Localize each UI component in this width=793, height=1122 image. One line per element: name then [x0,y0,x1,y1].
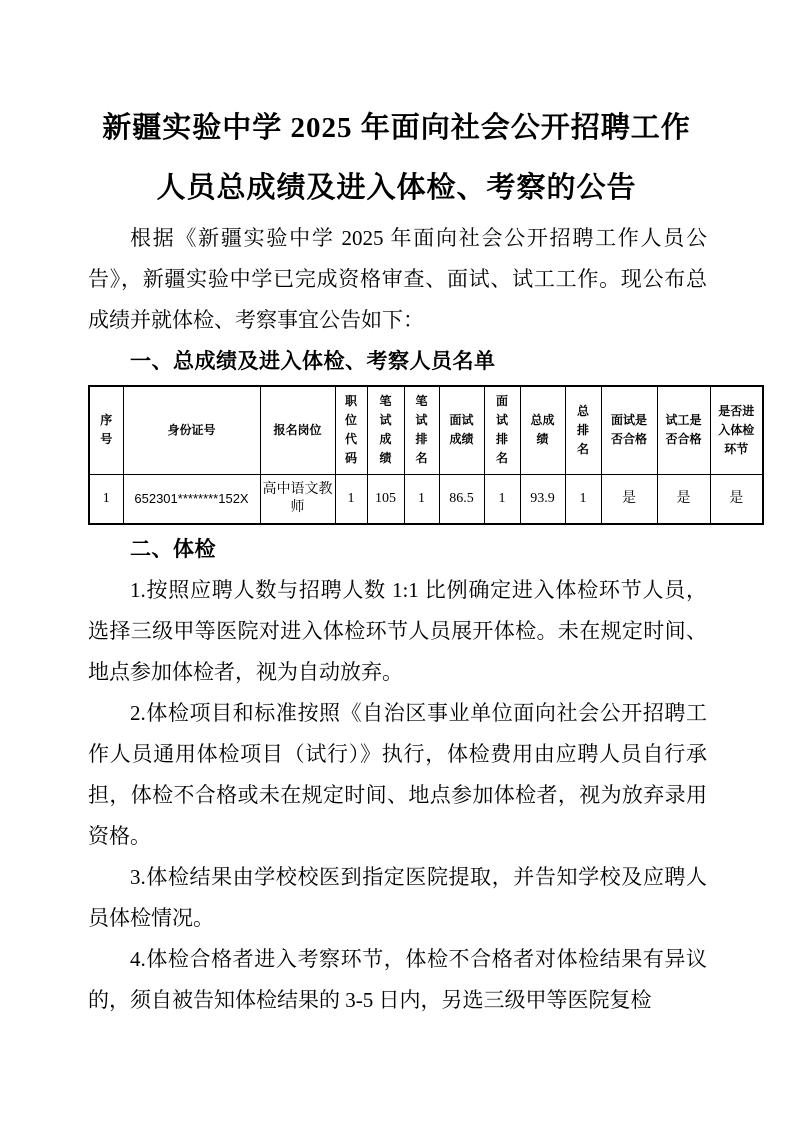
section-2-paragraph-4: 4.体检合格者进入考察环节，体检不合格者对体检结果有异议的，须自被告知体检结果的… [88,939,707,1021]
title-line-1: 新疆实验中学 2025 年面向社会公开招聘工作 [0,98,793,158]
header-cell-enter-physical: 是否进 入体检 环节 [710,386,763,474]
section-1-heading: 一、总成绩及进入体检、考察人员名单 [88,341,707,382]
cell-total-score: 93.9 [520,474,565,524]
cell-total-rank: 1 [565,474,601,524]
header-cell-interview-pass: 面试是 否合格 [601,386,657,474]
intro-paragraph: 根据《新疆实验中学 2025 年面向社会公开招聘工作人员公告》，新疆实验中学已完… [88,218,707,341]
table-header-row: 序 号 身份证号 报名岗位 职 位 代 码 笔 试 成 绩 笔 试 排 名 面试… [89,386,763,474]
header-cell-interview-rank: 面 试 排 名 [484,386,520,474]
document-body: 根据《新疆实验中学 2025 年面向社会公开招聘工作人员公告》，新疆实验中学已完… [88,218,707,1021]
table-row: 1 652301********152X 高中语文教师 1 105 1 86.5… [89,474,763,524]
header-cell-id: 身份证号 [123,386,260,474]
cell-seq: 1 [89,474,123,524]
header-cell-total-rank: 总 排 名 [565,386,601,474]
section-2-paragraph-2: 2.体检项目和标准按照《自治区事业单位面向社会公开招聘工作人员通用体检项目（试行… [88,693,707,857]
cell-written-score: 105 [367,474,404,524]
document-page: 新疆实验中学 2025 年面向社会公开招聘工作 人员总成绩及进入体检、考察的公告… [0,0,793,1122]
header-cell-written-score: 笔 试 成 绩 [367,386,404,474]
section-2-heading: 二、体检 [88,529,707,570]
results-table: 序 号 身份证号 报名岗位 职 位 代 码 笔 试 成 绩 笔 试 排 名 面试… [88,385,764,525]
header-cell-written-rank: 笔 试 排 名 [404,386,439,474]
header-cell-seq: 序 号 [89,386,123,474]
cell-enter-physical: 是 [710,474,763,524]
cell-position: 高中语文教师 [260,474,335,524]
cell-interview-score: 86.5 [439,474,484,524]
header-cell-interview-score: 面试 成绩 [439,386,484,474]
header-cell-position-code: 职 位 代 码 [335,386,367,474]
cell-written-rank: 1 [404,474,439,524]
cell-id: 652301********152X [123,474,260,524]
cell-interview-pass: 是 [601,474,657,524]
header-cell-trial-pass: 试工是 否合格 [657,386,710,474]
section-2-paragraph-1: 1.按照应聘人数与招聘人数 1:1 比例确定进入体检环节人员，选择三级甲等医院对… [88,570,707,693]
header-cell-position: 报名岗位 [260,386,335,474]
section-2-paragraph-3: 3.体检结果由学校校医到指定医院提取，并告知学校及应聘人员体检情况。 [88,857,707,939]
cell-interview-rank: 1 [484,474,520,524]
cell-trial-pass: 是 [657,474,710,524]
cell-position-code: 1 [335,474,367,524]
document-title: 新疆实验中学 2025 年面向社会公开招聘工作 人员总成绩及进入体检、考察的公告 [0,98,793,218]
title-line-2: 人员总成绩及进入体检、考察的公告 [0,158,793,218]
header-cell-total-score: 总成 绩 [520,386,565,474]
